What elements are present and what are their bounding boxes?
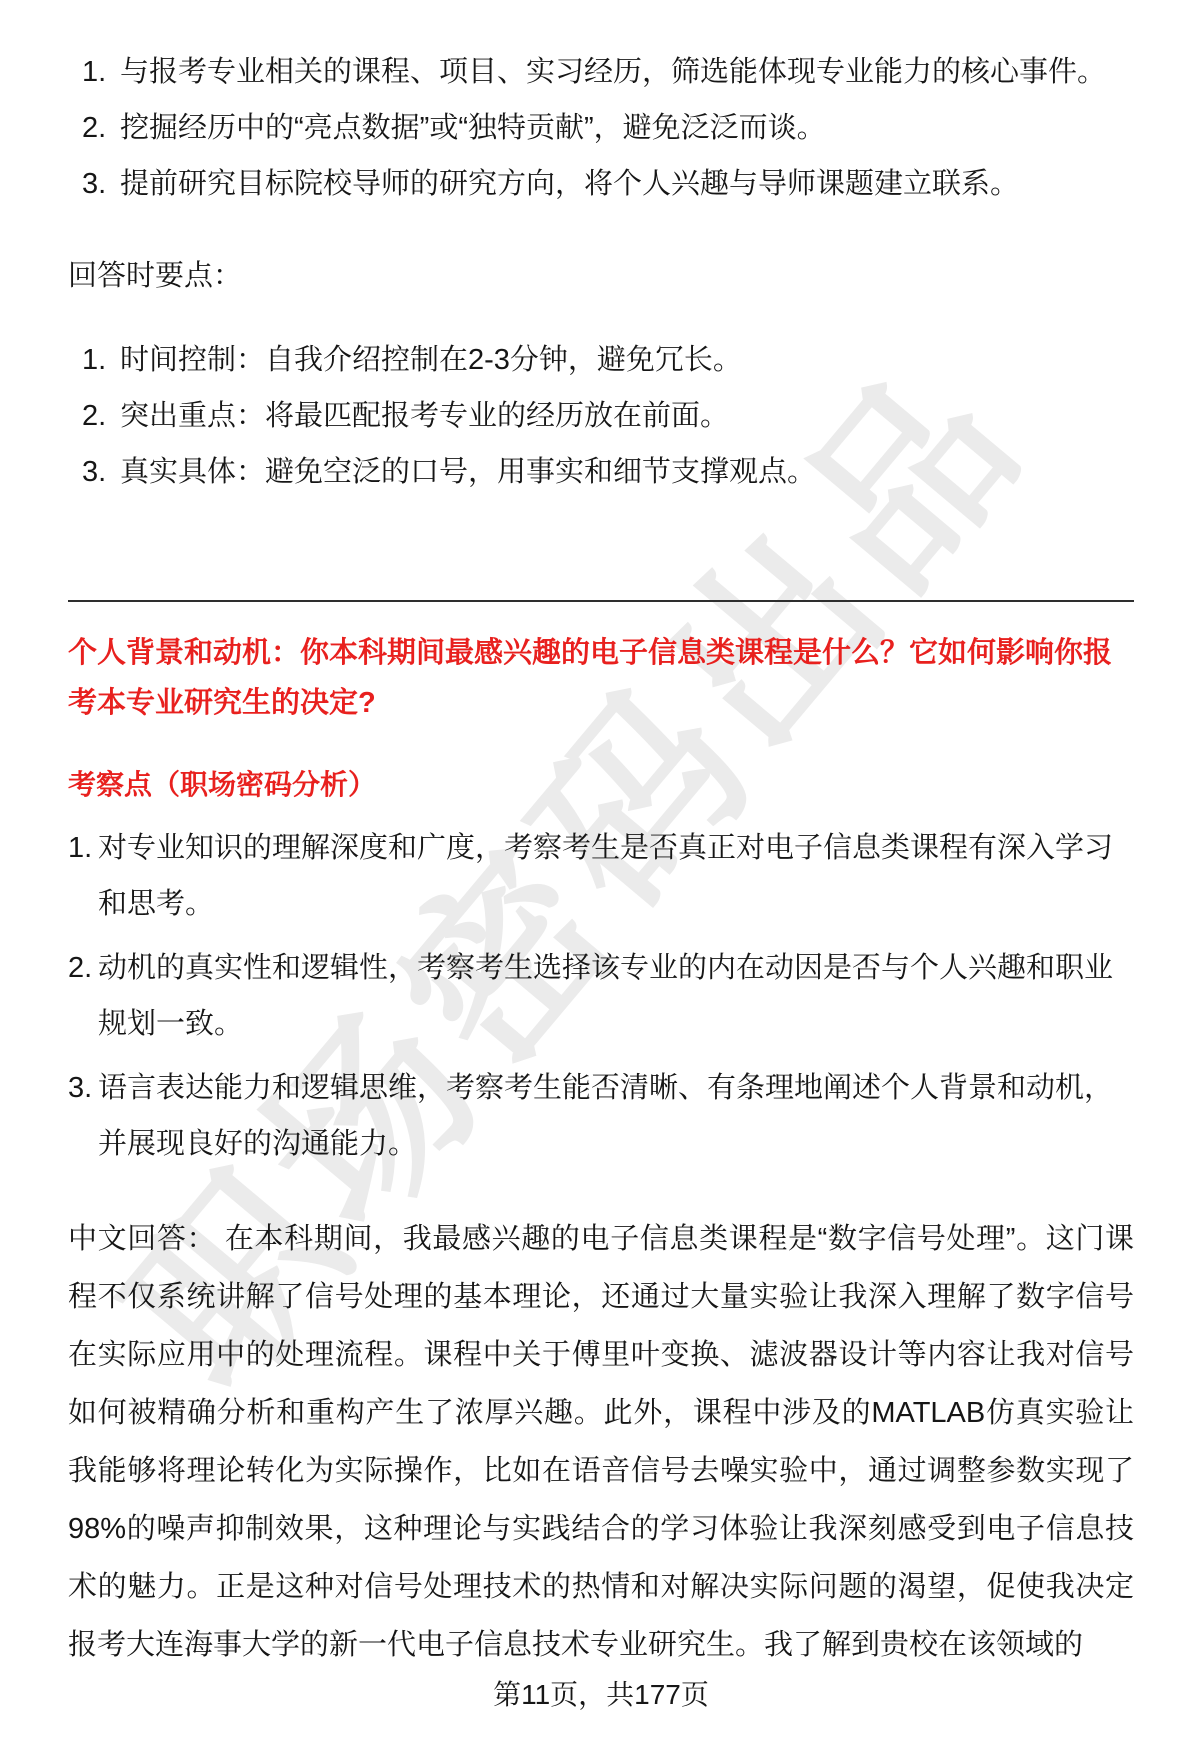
list-item-text: 挖掘经历中的“亮点数据”或“独特贡献”，避免泛泛而谈。 — [120, 106, 826, 150]
list-item-number: 3. — [82, 162, 120, 206]
exam-points-heading: 考察点（职场密码分析） — [68, 762, 1134, 808]
answer-points-heading: 回答时要点： — [68, 254, 1134, 298]
list-item: 1. 与报考专业相关的课程、项目、实习经历，筛选能体现专业能力的核心事件。 — [68, 50, 1134, 94]
list-item: 1. 时间控制：自我介绍控制在2-3分钟，避免冗长。 — [68, 338, 1134, 382]
list-item-number: 1. — [82, 338, 120, 382]
list-item-number: 1. — [82, 50, 120, 94]
list-item: 3. 提前研究目标院校导师的研究方向，将个人兴趣与导师课题建立联系。 — [68, 162, 1134, 206]
list-item: 2. 突出重点：将最匹配报考专业的经历放在前面。 — [68, 394, 1134, 438]
list-item-text: 语言表达能力和逻辑思维，考察考生能否清晰、有条理地阐述个人背景和动机，并展现良好… — [98, 1060, 1134, 1172]
list-item-number: 2. — [82, 394, 120, 438]
list-item-text: 时间控制：自我介绍控制在2-3分钟，避免冗长。 — [120, 338, 742, 382]
list-item-number: 2. — [82, 106, 120, 150]
list-item: 3. 真实具体：避免空泛的口号，用事实和细节支撑观点。 — [68, 450, 1134, 494]
list-item-number: 2. — [68, 940, 98, 996]
document-page: 职场密码出品 1. 与报考专业相关的课程、项目、实习经历，筛选能体现专业能力的核… — [0, 0, 1200, 1755]
list-item-number: 3. — [68, 1060, 98, 1116]
list-item: 2. 动机的真实性和逻辑性，考察考生选择该专业的内在动因是否与个人兴趣和职业规划… — [68, 940, 1134, 1052]
list-item: 3. 语言表达能力和逻辑思维，考察考生能否清晰、有条理地阐述个人背景和动机，并展… — [68, 1060, 1134, 1172]
question-heading: 个人背景和动机：你本科期间最感兴趣的电子信息类课程是什么？它如何影响你报考本专业… — [68, 628, 1134, 728]
list-item: 2. 挖掘经历中的“亮点数据”或“独特贡献”，避免泛泛而谈。 — [68, 106, 1134, 150]
chinese-answer-paragraph: 中文回答： 在本科期间，我最感兴趣的电子信息类课程是“数字信号处理”。这门课程不… — [68, 1210, 1134, 1674]
list-item: 1. 对专业知识的理解深度和广度，考察考生是否真正对电子信息类课程有深入学习和思… — [68, 820, 1134, 932]
list-item-text: 与报考专业相关的课程、项目、实习经历，筛选能体现专业能力的核心事件。 — [120, 50, 1106, 94]
page-footer: 第11页，共177页 — [68, 1678, 1134, 1712]
list-item-text: 突出重点：将最匹配报考专业的经历放在前面。 — [120, 394, 729, 438]
prep-list: 1. 与报考专业相关的课程、项目、实习经历，筛选能体现专业能力的核心事件。 2.… — [68, 50, 1134, 206]
list-item-text: 真实具体：避免空泛的口号，用事实和细节支撑观点。 — [120, 450, 816, 494]
section-divider — [68, 600, 1134, 602]
list-item-number: 1. — [68, 820, 98, 876]
document-content: 1. 与报考专业相关的课程、项目、实习经历，筛选能体现专业能力的核心事件。 2.… — [0, 0, 1200, 1674]
list-item-text: 对专业知识的理解深度和广度，考察考生是否真正对电子信息类课程有深入学习和思考。 — [98, 820, 1134, 932]
list-item-number: 3. — [82, 450, 120, 494]
list-item-text: 提前研究目标院校导师的研究方向，将个人兴趣与导师课题建立联系。 — [120, 162, 1019, 206]
exam-points-list: 1. 对专业知识的理解深度和广度，考察考生是否真正对电子信息类课程有深入学习和思… — [68, 820, 1134, 1172]
list-item-text: 动机的真实性和逻辑性，考察考生选择该专业的内在动因是否与个人兴趣和职业规划一致。 — [98, 940, 1134, 1052]
answer-points-list: 1. 时间控制：自我介绍控制在2-3分钟，避免冗长。 2. 突出重点：将最匹配报… — [68, 338, 1134, 494]
